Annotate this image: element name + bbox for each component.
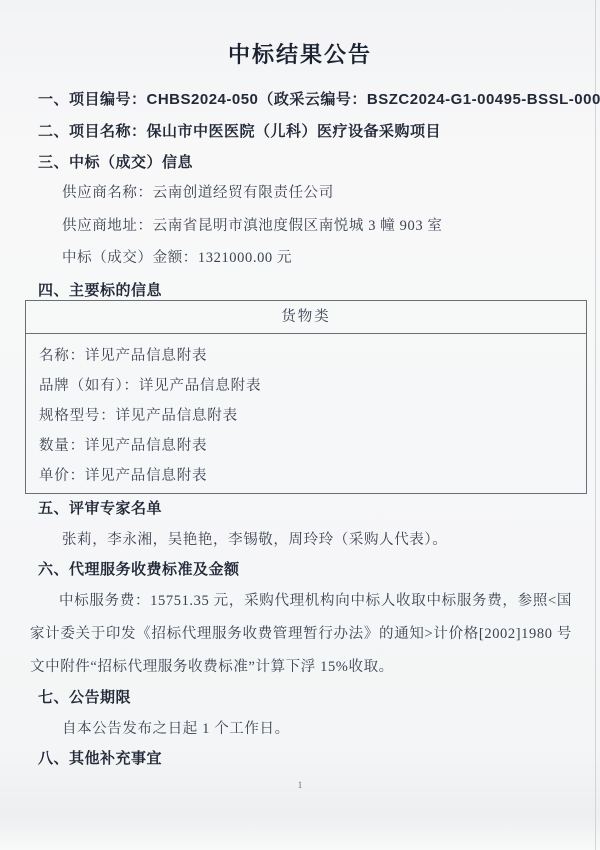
section-8-heading: 八、其他补充事宜 — [38, 747, 162, 768]
supplier-name-line: 供应商名称：云南创道经贸有限责任公司 — [62, 181, 334, 202]
announcement-page: 中标结果公告 一、项目编号：CHBS2024-050（政采云编号：BSZC202… — [0, 0, 600, 850]
section-3-heading: 三、中标（成交）信息 — [38, 151, 193, 172]
notice-period-line: 自本公告发布之日起 1 个工作日。 — [62, 717, 290, 738]
goods-table-row: 规格型号：详见产品信息附表 — [26, 399, 586, 429]
expert-names-line: 张莉，李永湘，吴艳艳，李锡敬，周玲玲（采购人代表）。 — [62, 528, 447, 549]
scan-edge-shadow — [595, 0, 596, 850]
supplier-address-line: 供应商地址：云南省昆明市滇池度假区南悦城 3 幢 903 室 — [62, 214, 443, 235]
page-number: 1 — [0, 780, 600, 790]
goods-table-row: 单价：详见产品信息附表 — [26, 459, 586, 489]
goods-table-row: 品牌（如有）：详见产品信息附表 — [26, 369, 586, 399]
section-5-heading: 五、评审专家名单 — [38, 497, 162, 518]
goods-table-row: 数量：详见产品信息附表 — [26, 429, 586, 459]
section-2-heading: 二、项目名称：保山市中医医院（儿科）医疗设备采购项目 — [38, 120, 441, 141]
agency-fee-paragraph: 中标服务费：15751.35 元，采购代理机构向中标人收取中标服务费，参照<国家… — [30, 585, 572, 684]
document-title: 中标结果公告 — [0, 38, 600, 69]
goods-table-row: 名称：详见产品信息附表 — [26, 339, 586, 369]
goods-table-header: 货物类 — [26, 301, 586, 334]
section-6-heading: 六、代理服务收费标准及金额 — [38, 558, 240, 579]
section-1-heading: 一、项目编号：CHBS2024-050（政采云编号：BSZC2024-G1-00… — [38, 88, 600, 109]
section-4-heading: 四、主要标的信息 — [38, 279, 162, 300]
section-7-heading: 七、公告期限 — [38, 686, 131, 707]
goods-table-body: 名称：详见产品信息附表 品牌（如有）：详见产品信息附表 规格型号：详见产品信息附… — [26, 334, 586, 493]
award-amount-line: 中标（成交）金额：1321000.00 元 — [62, 246, 292, 267]
goods-table: 货物类 名称：详见产品信息附表 品牌（如有）：详见产品信息附表 规格型号：详见产… — [25, 300, 587, 494]
